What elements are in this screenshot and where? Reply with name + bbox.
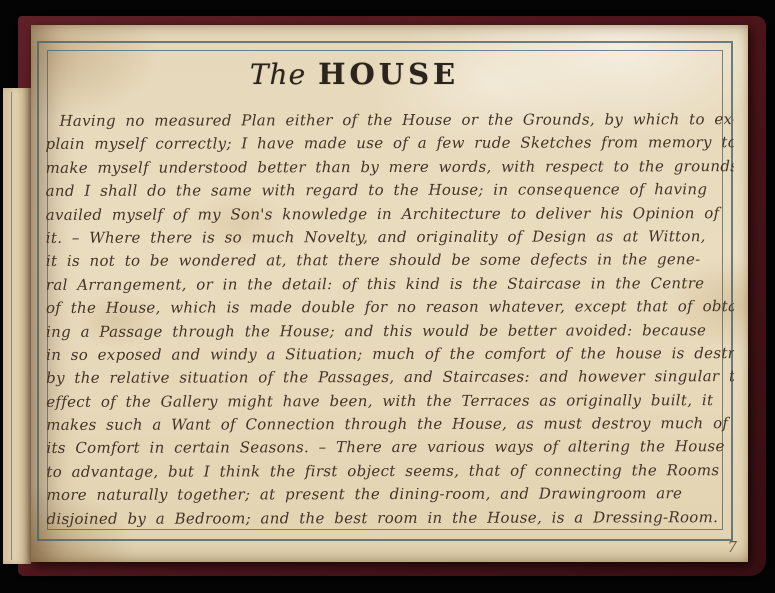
manuscript-line: of the House, which is made double for n… (46, 295, 734, 320)
page-number: 7 (727, 538, 737, 556)
manuscript-line: availed myself of my Son's knowledge in … (46, 202, 734, 227)
previous-page-border-line (11, 92, 12, 560)
manuscript-line: Having no measured Plan either of the Ho… (45, 108, 733, 133)
manuscript-line: it. – Where there is so much Novelty, an… (46, 225, 734, 250)
previous-page-edge (3, 88, 31, 564)
page-title-script-word: The (250, 58, 306, 91)
manuscript-text: Having no measured Plan either of the Ho… (45, 108, 734, 531)
manuscript-line: in so exposed and windy a Situation; muc… (46, 342, 734, 367)
manuscript-line: makes such a Want of Connection through … (46, 412, 734, 437)
manuscript-line: plain myself correctly; I have made use … (46, 131, 734, 156)
manuscript-line: by the relative situation of the Passage… (46, 365, 734, 390)
manuscript-line: more naturally together; at present the … (46, 482, 734, 507)
manuscript-line: make myself understood better than by me… (46, 155, 734, 180)
manuscript-line: disjoined by a Bedroom; and the best roo… (46, 506, 734, 531)
manuscript-line: effect of the Gallery might have been, w… (46, 389, 734, 414)
manuscript-line: its Comfort in certain Seasons. – There … (46, 436, 734, 461)
page-title: TheHOUSE (31, 57, 678, 91)
manuscript-line: to advantage, but I think the first obje… (46, 459, 734, 484)
manuscript-page: TheHOUSE Having no measured Plan either … (31, 25, 748, 562)
manuscript-line: and I shall do the same with regard to t… (46, 178, 734, 203)
photograph-background: { "document": { "title": { "script_word"… (0, 0, 775, 593)
manuscript-line: it is not to be wondered at, that there … (46, 248, 734, 273)
page-title-caps-word: HOUSE (318, 57, 459, 91)
manuscript-line: ing a Passage through the House; and thi… (46, 319, 734, 344)
manuscript-line: ral Arrangement, or in the detail: of th… (46, 272, 734, 297)
